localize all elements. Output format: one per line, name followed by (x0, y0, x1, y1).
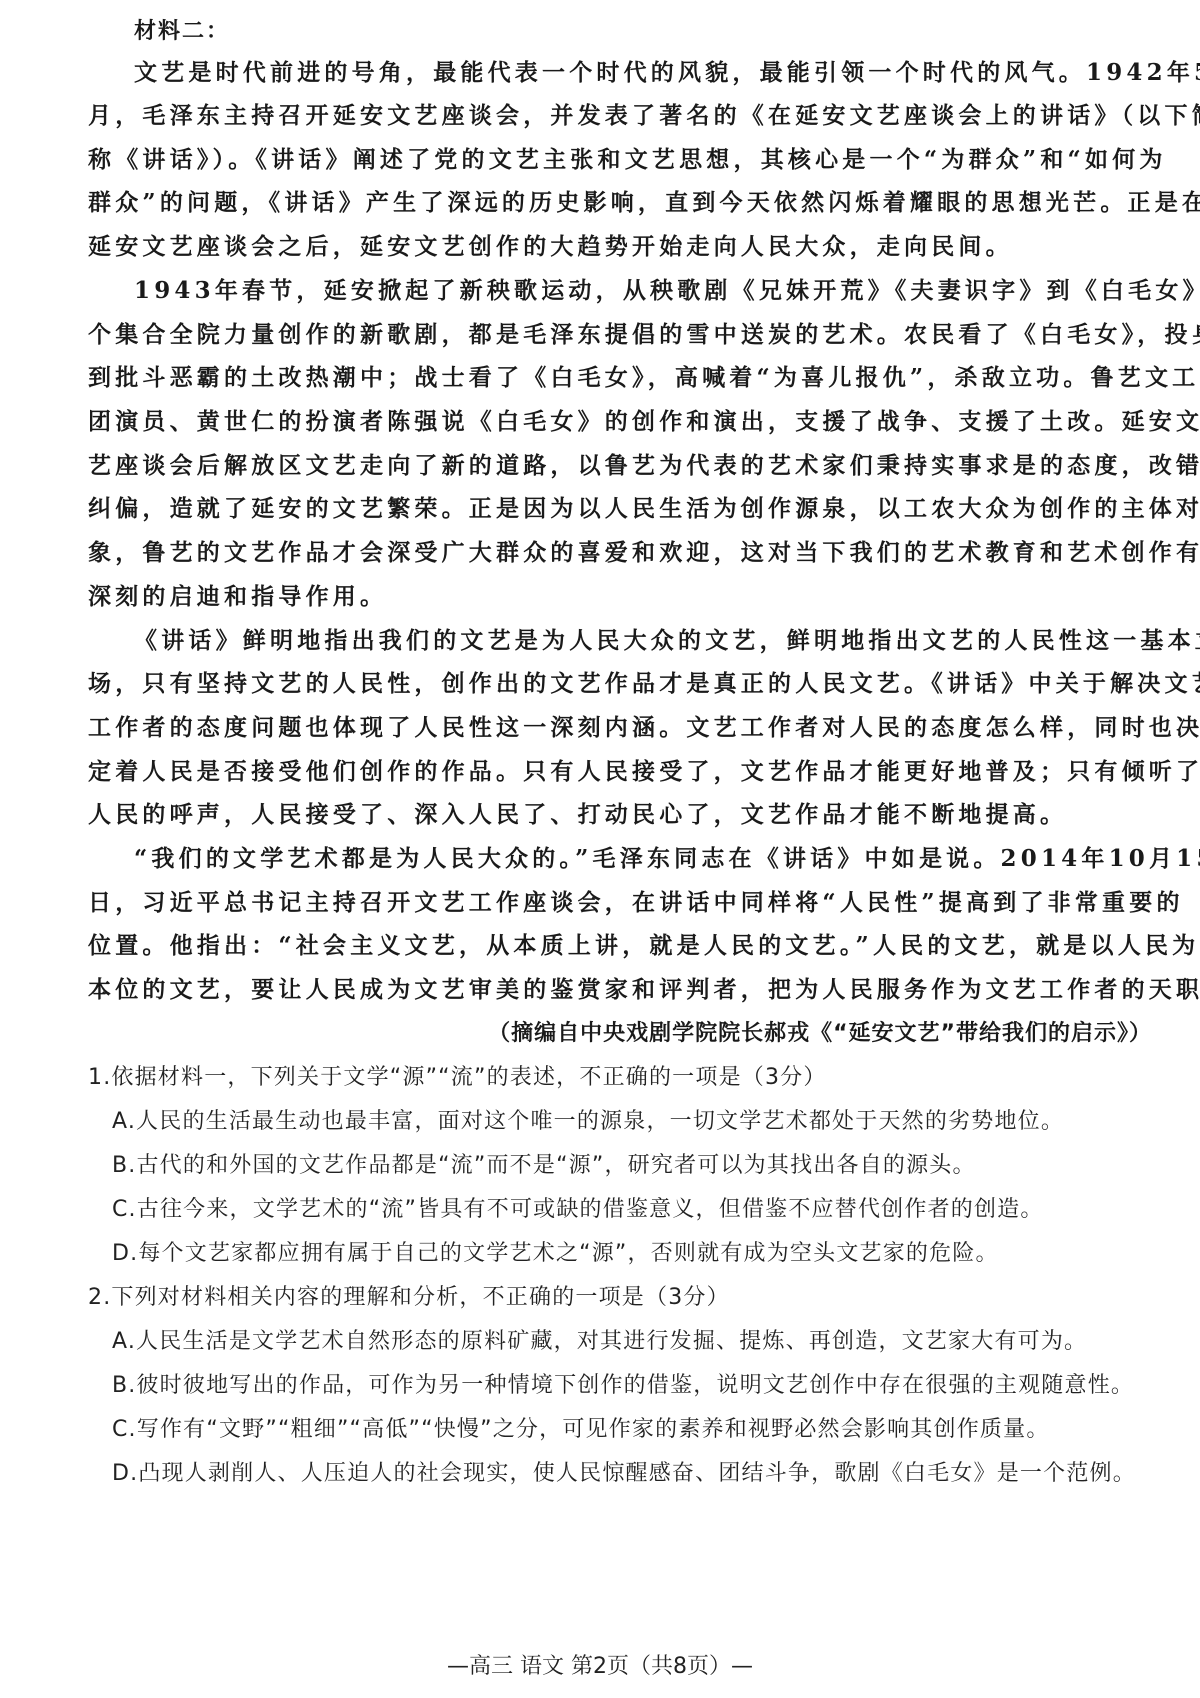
paragraph-line: 定着人民是否接受他们创作的作品。只有人民接受了，文艺作品才能更好地普及；只有倾听… (88, 757, 1148, 787)
paragraph-line: 深刻的启迪和指导作用。 (88, 582, 1148, 612)
paragraph-line: 文艺是时代前进的号角，最能代表一个时代的风貌，最能引领一个时代的风气。1942年… (134, 58, 1148, 88)
question-2-option-d: D.凸现人剥削人、人压迫人的社会现实，使人民惊醒感奋、团结斗争，歌剧《白毛女》是… (112, 1459, 1136, 1489)
paragraph-line: 人民的呼声，人民接受了、深入人民了、打动民心了，文艺作品才能不断地提高。 (88, 800, 1148, 830)
paragraph-line: 团演员、黄世仁的扮演者陈强说《白毛女》的创作和演出，支援了战争、支援了土改。延安… (88, 407, 1148, 437)
question-2-stem: 2.下列对材料相关内容的理解和分析，不正确的一项是（3分） (88, 1283, 730, 1313)
paragraph-line: “我们的文学艺术都是为人民大众的。”毛泽东同志在《讲话》中如是说。2014年10… (134, 844, 1148, 874)
question-2-option-b: B.彼时彼地写出的作品，可作为另一种情境下创作的借鉴，说明文艺创作中存在很强的主… (112, 1371, 1134, 1401)
paragraph-line: 《讲话》鲜明地指出我们的文艺是为人民大众的文艺，鲜明地指出文艺的人民性这一基本立 (134, 626, 1148, 656)
paragraph-line: 群众”的问题，《讲话》产生了深远的历史影响，直到今天依然闪烁着耀眼的思想光芒。正… (88, 188, 1148, 218)
paragraph-line: 延安文艺座谈会之后，延安文艺创作的大趋势开始走向人民大众，走向民间。 (88, 232, 1148, 262)
page-footer: —高三 语文 第2页（共8页）— (0, 1652, 1200, 1682)
paragraph-line: 工作者的态度问题也体现了人民性这一深刻内涵。文艺工作者对人民的态度怎么样，同时也… (88, 713, 1148, 743)
paragraph-line: 个集合全院力量创作的新歌剧，都是毛泽东提倡的雪中送炭的艺术。农民看了《白毛女》，… (88, 320, 1148, 350)
question-2-option-c: C.写作有“文野”“粗细”“高低”“快慢”之分，可见作家的素养和视野必然会影响其… (112, 1415, 1050, 1445)
question-1-stem: 1.依据材料一，下列关于文学“源”“流”的表述，不正确的一项是（3分） (88, 1063, 827, 1093)
paragraph-line: 到批斗恶霸的土改热潮中；战士看了《白毛女》，高喊着“为喜儿报仇”，杀敌立功。鲁艺… (88, 363, 1148, 393)
source-citation: （摘编自中央戏剧学院院长郝戎《“延安文艺”带给我们的启示》） (488, 1019, 1152, 1049)
paragraph-line: 日，习近平总书记主持召开文艺工作座谈会，在讲话中同样将“人民性”提高到了非常重要… (88, 888, 1148, 918)
exam-page: 材料二： 文艺是时代前进的号角，最能代表一个时代的风貌，最能引领一个时代的风气。… (0, 0, 1200, 1698)
paragraph-line: 本位的文艺，要让人民成为文艺审美的鉴赏家和评判者，把为人民服务作为文艺工作者的天… (88, 975, 1148, 1005)
question-2-option-a: A.人民生活是文学艺术自然形态的原料矿藏，对其进行发掘、提炼、再创造，文艺家大有… (112, 1327, 1087, 1357)
paragraph-line: 称《讲话》）。《讲话》阐述了党的文艺主张和文艺思想，其核心是一个“为群众”和“如… (88, 145, 1148, 175)
question-1-option-c: C.古往今来，文学艺术的“流”皆具有不可或缺的借鉴意义，但借鉴不应替代创作者的创… (112, 1195, 1044, 1225)
material-heading: 材料二： (134, 16, 230, 46)
paragraph-line: 艺座谈会后解放区文艺走向了新的道路，以鲁艺为代表的艺术家们秉持实事求是的态度，改… (88, 451, 1148, 481)
paragraph-line: 象，鲁艺的文艺作品才会深受广大群众的喜爱和欢迎，这对当下我们的艺术教育和艺术创作… (88, 538, 1148, 568)
paragraph-line: 场，只有坚持文艺的人民性，创作出的文艺作品才是真正的人民文艺。《讲话》中关于解决… (88, 669, 1148, 699)
question-1-option-d: D.每个文艺家都应拥有属于自己的文学艺术之“源”，否则就有成为空头文艺家的危险。 (112, 1239, 999, 1269)
paragraph-line: 位置。他指出：“社会主义文艺，从本质上讲，就是人民的文艺。”人民的文艺，就是以人… (88, 931, 1148, 961)
question-1-option-b: B.古代的和外国的文艺作品都是“流”而不是“源”，研究者可以为其找出各自的源头。 (112, 1151, 976, 1181)
paragraph-line: 纠偏，造就了延安的文艺繁荣。正是因为以人民生活为创作源泉，以工农大众为创作的主体… (88, 494, 1148, 524)
question-1-option-a: A.人民的生活最生动也最丰富，面对这个唯一的源泉，一切文学艺术都处于天然的劣势地… (112, 1107, 1064, 1137)
paragraph-line: 1943年春节，延安掀起了新秧歌运动，从秧歌剧《兄妹开荒》《夫妻识字》到《白毛女… (134, 276, 1148, 306)
paragraph-line: 月，毛泽东主持召开延安文艺座谈会，并发表了著名的《在延安文艺座谈会上的讲话》（以… (88, 101, 1148, 131)
